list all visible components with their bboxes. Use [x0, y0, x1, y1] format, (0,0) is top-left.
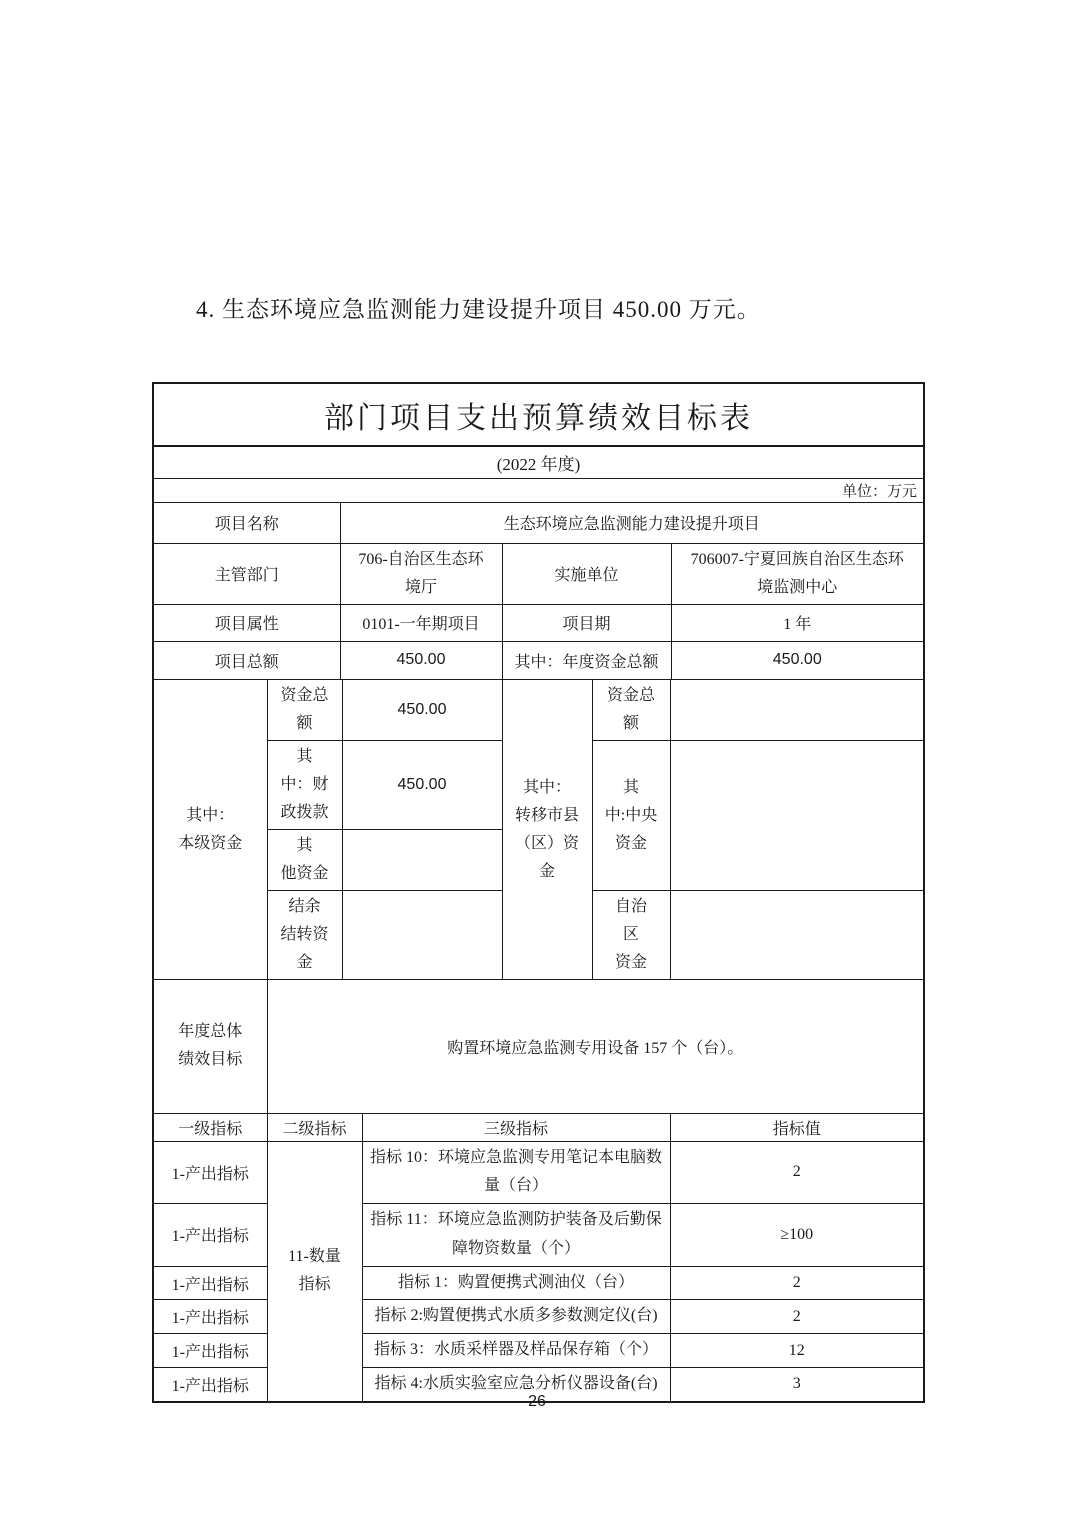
- indicator-value: ≥100: [670, 1204, 923, 1267]
- indicator-value: 2: [670, 1141, 923, 1204]
- annual-goal-table: 年度总体 绩效目标 购置环境应急监测专用设备 157 个（台）。: [154, 979, 923, 1113]
- central-funds-value: [670, 741, 923, 891]
- annual-total-label: 其中：年度资金总额: [502, 641, 671, 679]
- other-funds-value: [342, 830, 502, 891]
- project-name-value: 生态环境应急监测能力建设提升项目: [340, 503, 923, 543]
- budget-table: 部门项目支出预算绩效目标表 (2022 年度) 单位：万元 项目名称 生态环境应…: [152, 382, 925, 1403]
- level2-header: 二级指标: [267, 1113, 362, 1141]
- level3-cell: 指标 2:购置便携式水质多参数测定仪(台): [362, 1300, 670, 1334]
- dept-value: 706-自治区生态环 境厅: [340, 543, 502, 604]
- local-funds-label: 其中： 本级资金: [154, 680, 267, 980]
- annual-goal-value: 购置环境应急监测专用设备 157 个（台）。: [267, 980, 923, 1113]
- indicators-table: 一级指标 二级指标 三级指标 指标值 1-产出指标 11-数量 指标 指标 10…: [154, 1113, 923, 1401]
- funds-table: 其中： 本级资金 资金总 额 450.00 其中： 转移市县 （区）资 金 资金…: [154, 679, 923, 979]
- impl-unit-value: 706007-宁夏回族自治区生态环 境监测中心: [671, 543, 923, 604]
- table-row: 项目名称 生态环境应急监测能力建设提升项目: [154, 503, 923, 543]
- total-label: 项目总额: [154, 641, 340, 679]
- indicator-row: 1-产出指标 11-数量 指标 指标 10：环境应急监测专用笔记本电脑数量（台）…: [154, 1141, 923, 1204]
- table-row: 项目总额 450.00 其中：年度资金总额 450.00: [154, 641, 923, 679]
- carryover-funds-value: [342, 891, 502, 980]
- transfer-funds-label: 其中： 转移市县 （区）资 金: [502, 680, 592, 980]
- carryover-funds-label: 结余 结转资 金: [267, 891, 342, 980]
- table-unit-label: 单位：万元: [154, 479, 923, 503]
- level3-cell: 指标 3：水质采样器及样品保存箱（个）: [362, 1334, 670, 1368]
- attr-value: 0101-一年期项目: [340, 604, 502, 641]
- annual-goal-label: 年度总体 绩效目标: [154, 980, 267, 1113]
- fiscal-allocation-value: 450.00: [342, 741, 502, 830]
- section-heading: 4. 生态环境应急监测能力建设提升项目 450.00 万元。: [196, 291, 761, 324]
- level3-cell: 指标 1：购置便携式测油仪（台）: [362, 1266, 670, 1300]
- region-funds-value: [670, 891, 923, 980]
- level1-cell: 1-产出指标: [154, 1334, 267, 1368]
- project-info-table: 项目名称 生态环境应急监测能力建设提升项目 主管部门 706-自治区生态环 境厅…: [154, 503, 923, 679]
- level3-cell: 指标 10：环境应急监测专用笔记本电脑数量（台）: [362, 1141, 670, 1204]
- local-total-value: 450.00: [342, 680, 502, 741]
- indicator-value: 2: [670, 1266, 923, 1300]
- level3-cell: 指标 11：环境应急监测防护装备及后勤保障物资数量（个）: [362, 1204, 670, 1267]
- central-funds-label: 其 中:中央 资金: [592, 741, 670, 891]
- level1-cell: 1-产出指标: [154, 1141, 267, 1204]
- level1-cell: 1-产出指标: [154, 1204, 267, 1267]
- indicator-value: 2: [670, 1300, 923, 1334]
- level2-cell: 11-数量 指标: [267, 1141, 362, 1401]
- period-value: 1 年: [671, 604, 923, 641]
- table-row: 年度总体 绩效目标 购置环境应急监测专用设备 157 个（台）。: [154, 980, 923, 1113]
- region-funds-label: 自治 区 资金: [592, 891, 670, 980]
- project-name-label: 项目名称: [154, 503, 340, 543]
- impl-unit-label: 实施单位: [502, 543, 671, 604]
- indicator-value: 12: [670, 1334, 923, 1368]
- level1-cell: 1-产出指标: [154, 1300, 267, 1334]
- transfer-total-value: [670, 680, 923, 741]
- dept-label: 主管部门: [154, 543, 340, 604]
- level1-header: 一级指标: [154, 1113, 267, 1141]
- document-page: 4. 生态环境应急监测能力建设提升项目 450.00 万元。 部门项目支出预算绩…: [0, 0, 1074, 1520]
- table-subtitle: (2022 年度): [154, 447, 923, 479]
- table-row: 其中： 本级资金 资金总 额 450.00 其中： 转移市县 （区）资 金 资金…: [154, 680, 923, 741]
- level3-header: 三级指标: [362, 1113, 670, 1141]
- period-label: 项目期: [502, 604, 671, 641]
- table-row: 项目属性 0101-一年期项目 项目期 1 年: [154, 604, 923, 641]
- fiscal-allocation-label: 其 中：财 政拨款: [267, 741, 342, 830]
- annual-total-value: 450.00: [671, 641, 923, 679]
- local-total-label: 资金总 额: [267, 680, 342, 741]
- transfer-total-label: 资金总 额: [592, 680, 670, 741]
- indicators-header-row: 一级指标 二级指标 三级指标 指标值: [154, 1113, 923, 1141]
- table-title: 部门项目支出预算绩效目标表: [154, 384, 923, 447]
- other-funds-label: 其 他资金: [267, 830, 342, 891]
- level1-cell: 1-产出指标: [154, 1266, 267, 1300]
- attr-label: 项目属性: [154, 604, 340, 641]
- table-row: 主管部门 706-自治区生态环 境厅 实施单位 706007-宁夏回族自治区生态…: [154, 543, 923, 604]
- total-value: 450.00: [340, 641, 502, 679]
- page-number: - 26 -: [0, 1393, 1074, 1411]
- value-header: 指标值: [670, 1113, 923, 1141]
